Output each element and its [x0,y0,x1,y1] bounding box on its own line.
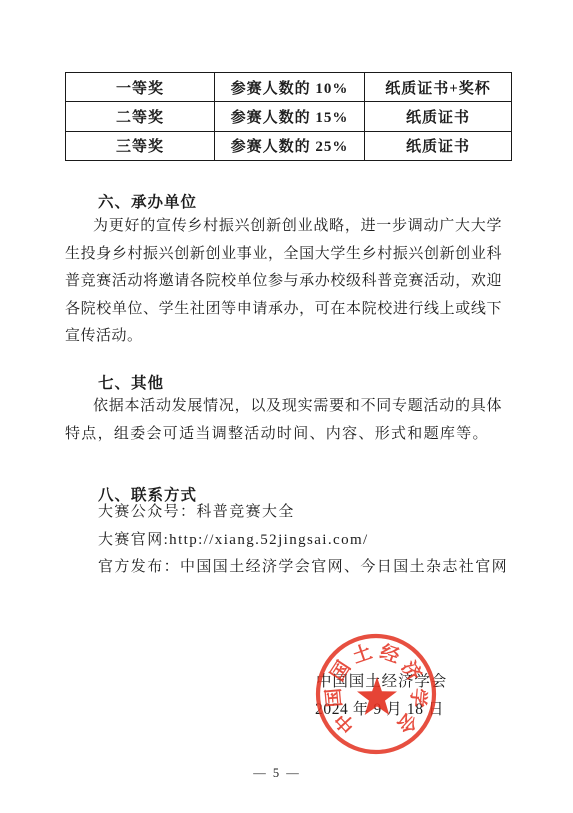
award-prize-cell: 纸质证书 [365,102,512,131]
section-heading-organizers: 六、承办单位 [98,190,197,212]
svg-text:学: 学 [406,687,431,708]
svg-text:国: 国 [322,687,346,708]
table-row: 二等奖 参赛人数的 15% 纸质证书 [66,102,512,131]
paragraph-line: 特点，组委会可适当调整活动时间、内容、形式和题库等。 [65,421,502,449]
svg-text:国: 国 [326,657,355,685]
contact-release-line: 官方发布：中国国土经济学会官网、今日国土杂志社官网 [98,554,502,582]
page-number: — 5 — [197,766,357,781]
section-body-organizers: 为更好的宣传乡村振兴创新创业战略，进一步调动广大大学 生投身乡村振兴创新创业事业… [65,213,502,351]
paragraph-line: 各院校单位、学生社团等申请承办，可在本院校进行线上或线下 [65,296,502,324]
award-prize-cell: 纸质证书 [365,131,512,160]
section-body-other: 依据本活动发展情况，以及现实需要和不同专题活动的具体 特点，组委会可适当调整活动… [65,393,502,448]
award-ratio-cell: 参赛人数的 10% [215,73,365,102]
seal-star-icon [357,677,397,715]
contact-wechat-line: 大赛公众号：科普竞赛大全 [98,499,502,527]
contact-website-line: 大赛官网:http://xiang.52jingsai.com/ [98,527,502,555]
paragraph-line: 为更好的宣传乡村振兴创新创业战略，进一步调动广大大学 [65,213,502,241]
section-body-contact: 大赛公众号：科普竞赛大全 大赛官网:http://xiang.52jingsai… [65,499,502,582]
award-level-cell: 一等奖 [66,73,215,102]
svg-text:土: 土 [349,640,374,668]
award-level-cell: 二等奖 [66,102,215,131]
paragraph-line: 生投身乡村振兴创新创业事业，全国大学生乡村振兴创新创业科 [65,241,502,269]
award-prize-cell: 纸质证书+奖杯 [365,73,512,102]
award-ratio-cell: 参赛人数的 15% [215,102,365,131]
paragraph-line: 宣传活动。 [65,323,502,351]
paragraph-line: 依据本活动发展情况，以及现实需要和不同专题活动的具体 [65,393,502,421]
section-heading-other: 七、其他 [98,371,164,393]
paragraph-line: 普竞赛活动将邀请各院校单位参与承办校级科普竞赛活动，欢迎 [65,268,502,296]
award-ratio-cell: 参赛人数的 25% [215,131,365,160]
award-level-cell: 三等奖 [66,131,215,160]
official-seal-stamp: 中 国 国 土 经 济 学 会 [310,628,442,760]
award-table: 一等奖 参赛人数的 10% 纸质证书+奖杯 二等奖 参赛人数的 15% 纸质证书… [65,72,512,161]
svg-text:经: 经 [377,640,402,668]
document-page: 一等奖 参赛人数的 10% 纸质证书+奖杯 二等奖 参赛人数的 15% 纸质证书… [0,0,573,813]
table-row: 三等奖 参赛人数的 25% 纸质证书 [66,131,512,160]
table-row: 一等奖 参赛人数的 10% 纸质证书+奖杯 [66,73,512,102]
